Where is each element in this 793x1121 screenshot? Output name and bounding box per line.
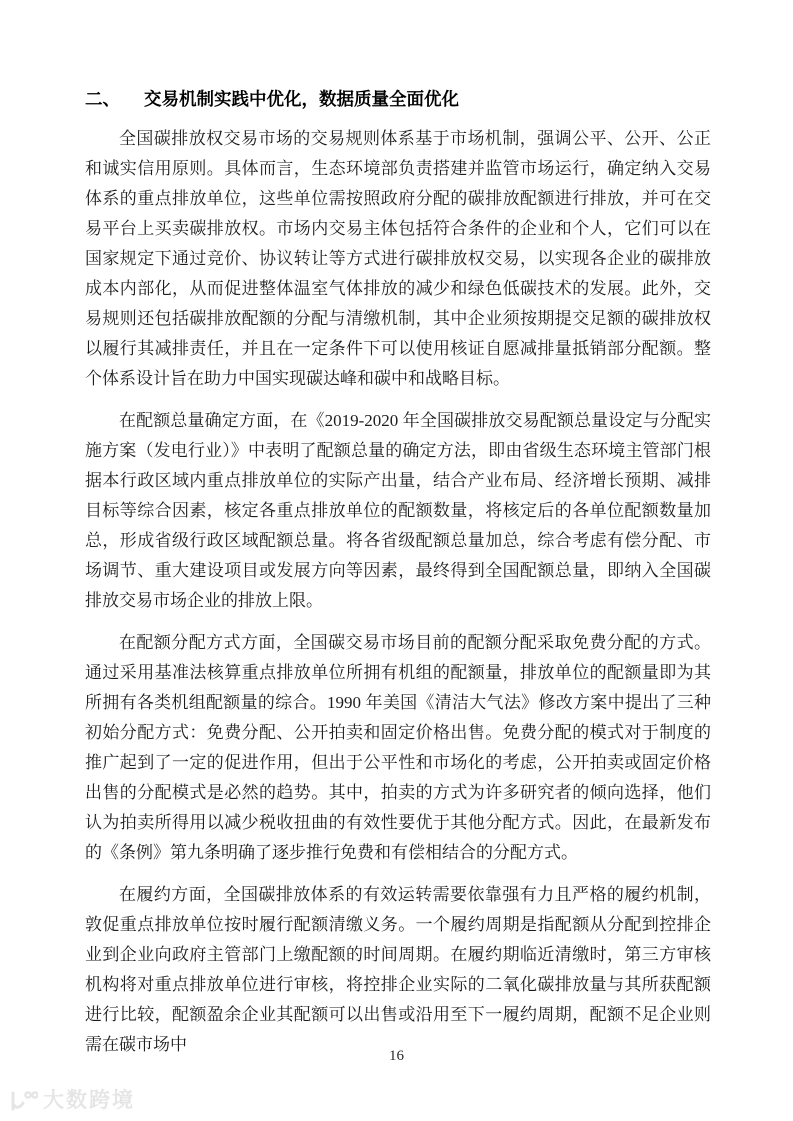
section-number: 二、 — [85, 84, 120, 114]
watermark-text: 大数跨境 — [43, 1088, 135, 1114]
body-paragraph-quota-allocation: 在配额分配方式方面，全国碳交易市场目前的配额分配采取免费分配的方式。通过采用基准… — [85, 628, 711, 868]
section-title: 交易机制实践中优化，数据质量全面优化 — [144, 89, 459, 109]
body-paragraph-quota-total: 在配额总量确定方面，在《2019-2020 年全国碳排放交易配额总量设定与分配实… — [85, 406, 711, 616]
document-page: 二、交易机制实践中优化，数据质量全面优化 全国碳排放权交易市场的交易规则体系基于… — [0, 0, 793, 1121]
brand-logo-icon — [8, 1088, 38, 1114]
body-paragraph-trading-rules: 全国碳排放权交易市场的交易规则体系基于市场机制，强调公平、公开、公正和诚实信用原… — [85, 124, 711, 394]
section-heading: 二、交易机制实践中优化，数据质量全面优化 — [85, 84, 711, 114]
page-number: 16 — [0, 1046, 793, 1066]
brand-watermark: 大数跨境 — [8, 1088, 135, 1114]
page-content: 二、交易机制实践中优化，数据质量全面优化 全国碳排放权交易市场的交易规则体系基于… — [85, 84, 711, 1072]
body-paragraph-compliance: 在履约方面，全国碳排放体系的有效运转需要依靠强有力且严格的履约机制，敦促重点排放… — [85, 880, 711, 1060]
